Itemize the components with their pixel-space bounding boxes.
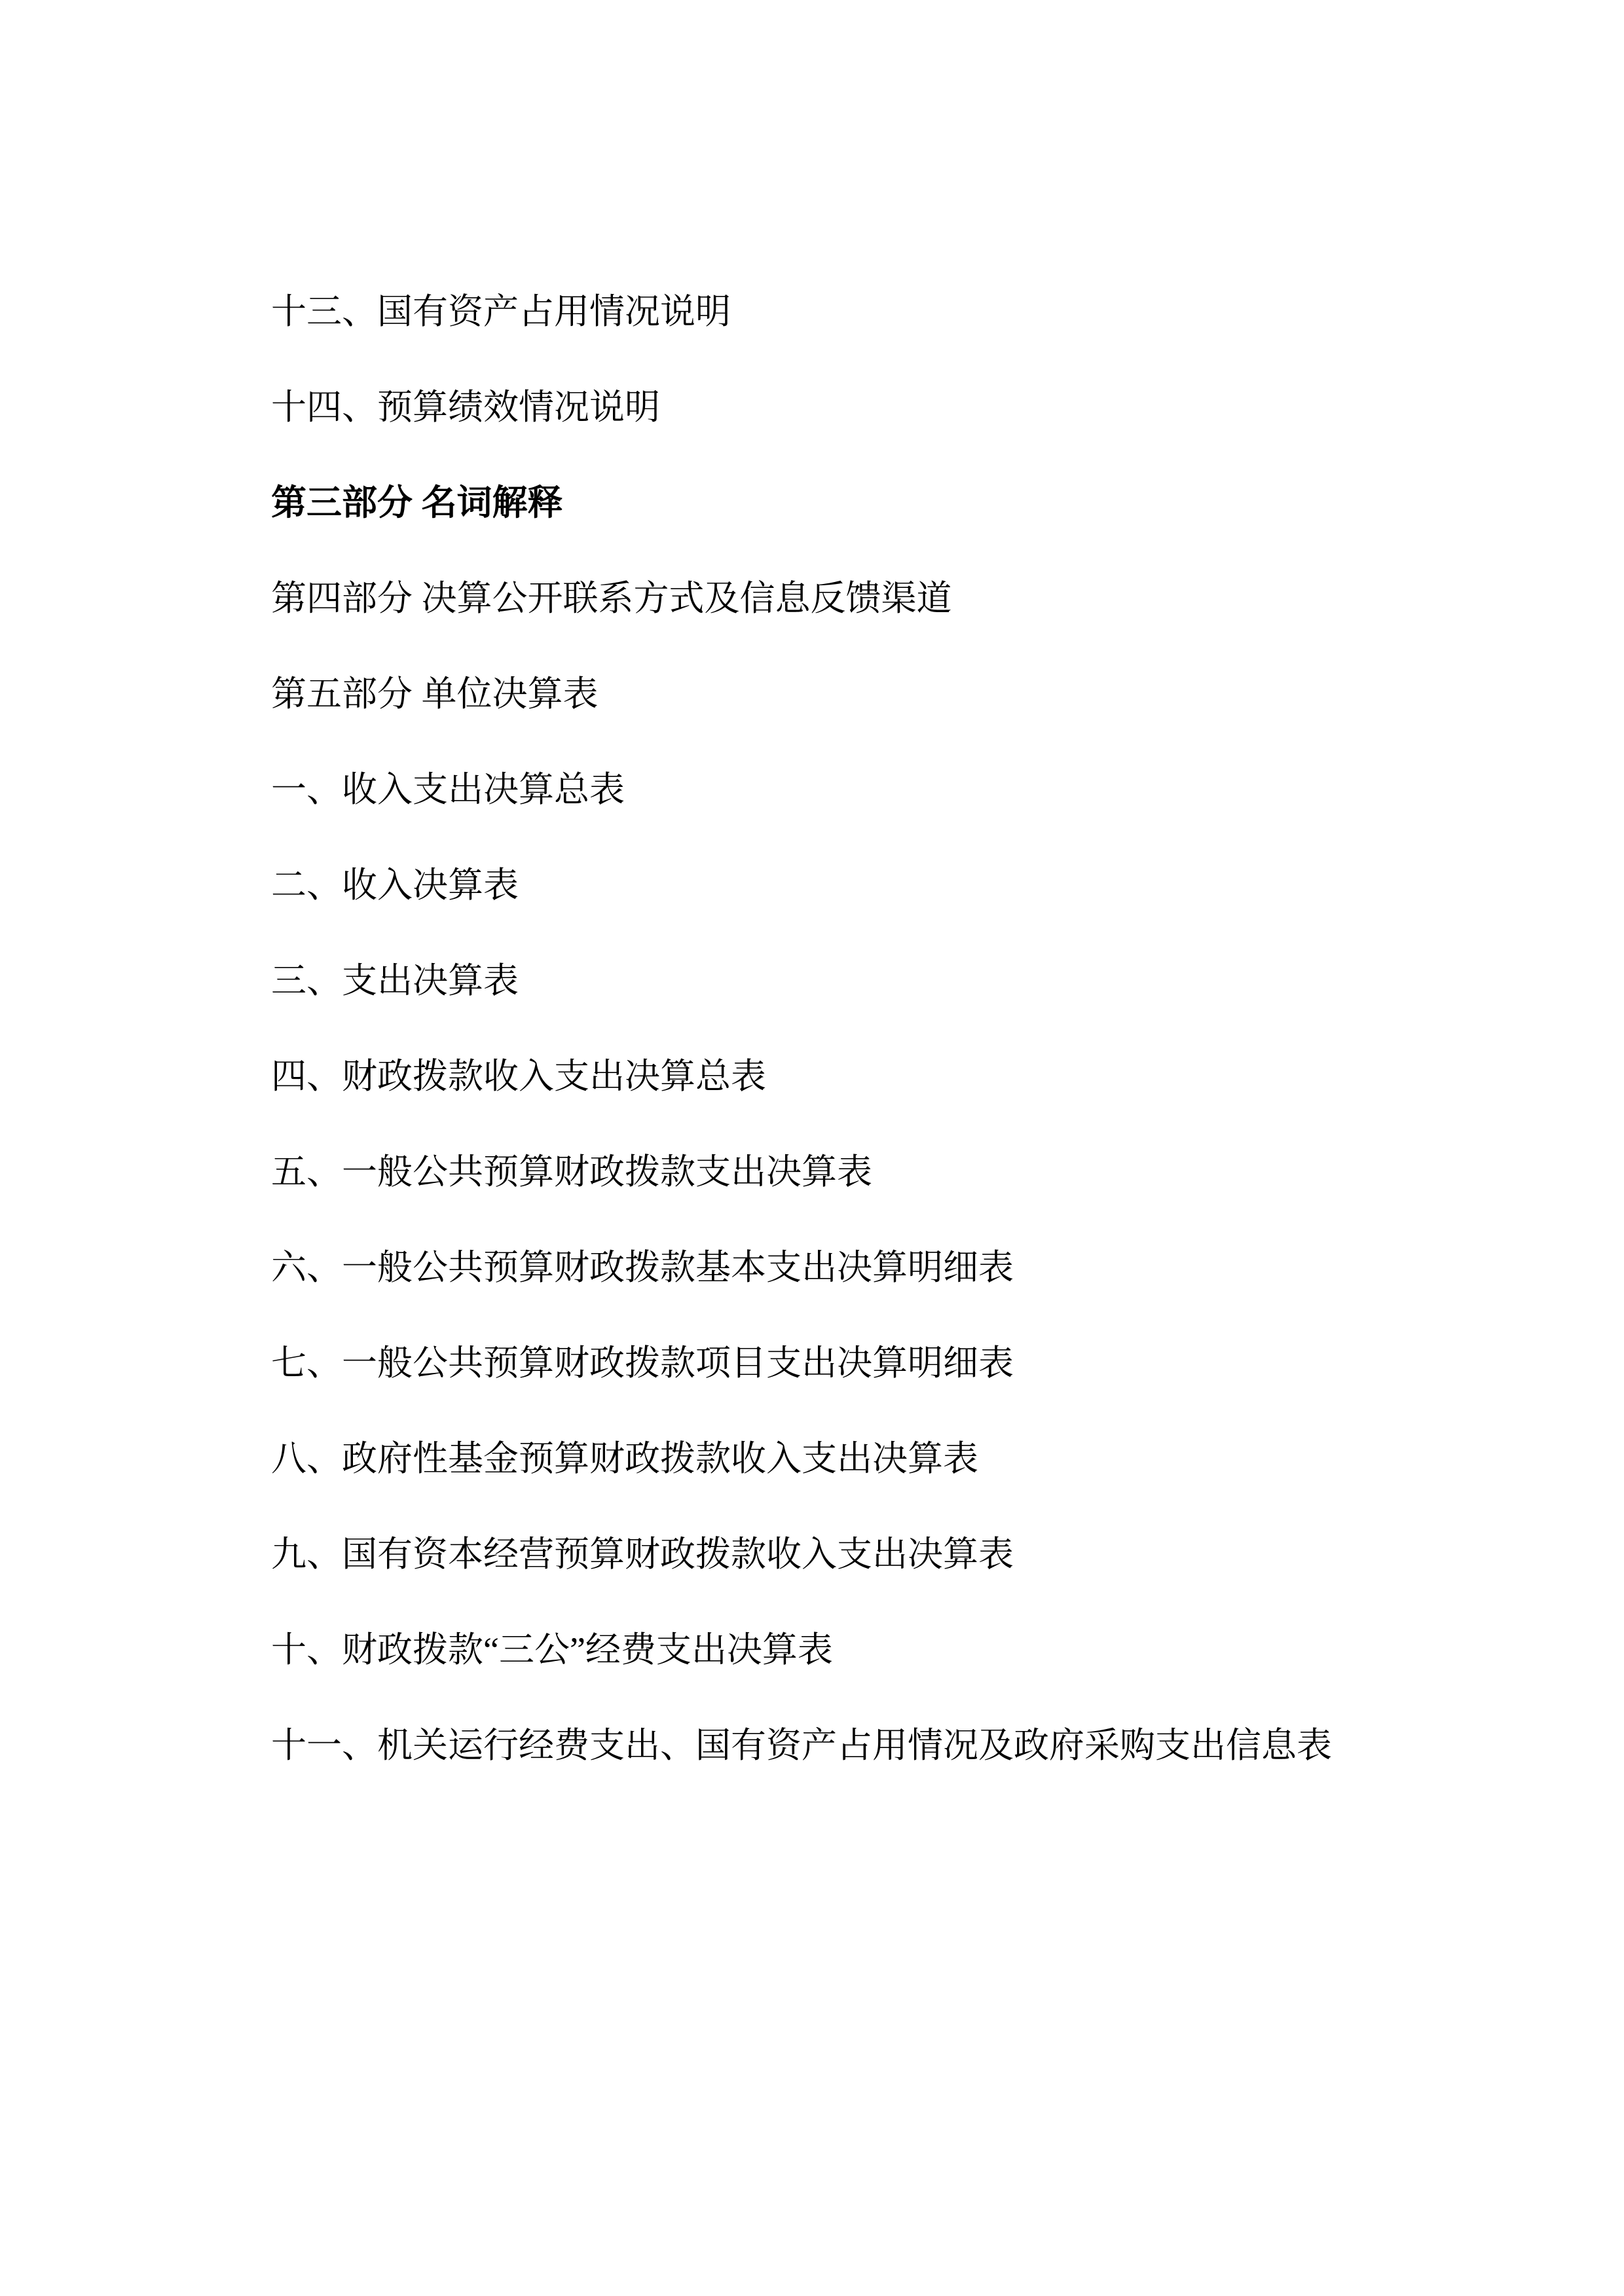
toc-item: 十、财政拨款“三公”经费支出决算表 [271,1602,1526,1698]
toc-item: 六、一般公共预算财政拨款基本支出决算明细表 [271,1220,1526,1315]
toc-item: 第五部分 单位决算表 [271,646,1526,742]
toc-item: 十三、国有资产占用情况说明 [271,264,1526,359]
toc-item: 一、收入支出决算总表 [271,742,1526,837]
toc-item: 第三部分 名词解释 [271,455,1526,551]
table-of-contents: 十三、国有资产占用情况说明十四、预算绩效情况说明第三部分 名词解释第四部分 决算… [271,264,1526,1793]
toc-item: 九、国有资本经营预算财政拨款收入支出决算表 [271,1506,1526,1602]
toc-item: 三、支出决算表 [271,933,1526,1029]
toc-item: 四、财政拨款收入支出决算总表 [271,1029,1526,1124]
toc-item: 五、一般公共预算财政拨款支出决算表 [271,1124,1526,1220]
toc-item: 八、政府性基金预算财政拨款收入支出决算表 [271,1411,1526,1506]
toc-item: 十四、预算绩效情况说明 [271,359,1526,455]
document-page: 十三、国有资产占用情况说明十四、预算绩效情况说明第三部分 名词解释第四部分 决算… [0,0,1624,2296]
toc-item: 第四部分 决算公开联系方式及信息反馈渠道 [271,551,1526,646]
toc-item: 二、收入决算表 [271,837,1526,933]
toc-item: 十一、机关运行经费支出、国有资产占用情况及政府采购支出信息表 [271,1698,1526,1793]
toc-item: 七、一般公共预算财政拨款项目支出决算明细表 [271,1315,1526,1411]
